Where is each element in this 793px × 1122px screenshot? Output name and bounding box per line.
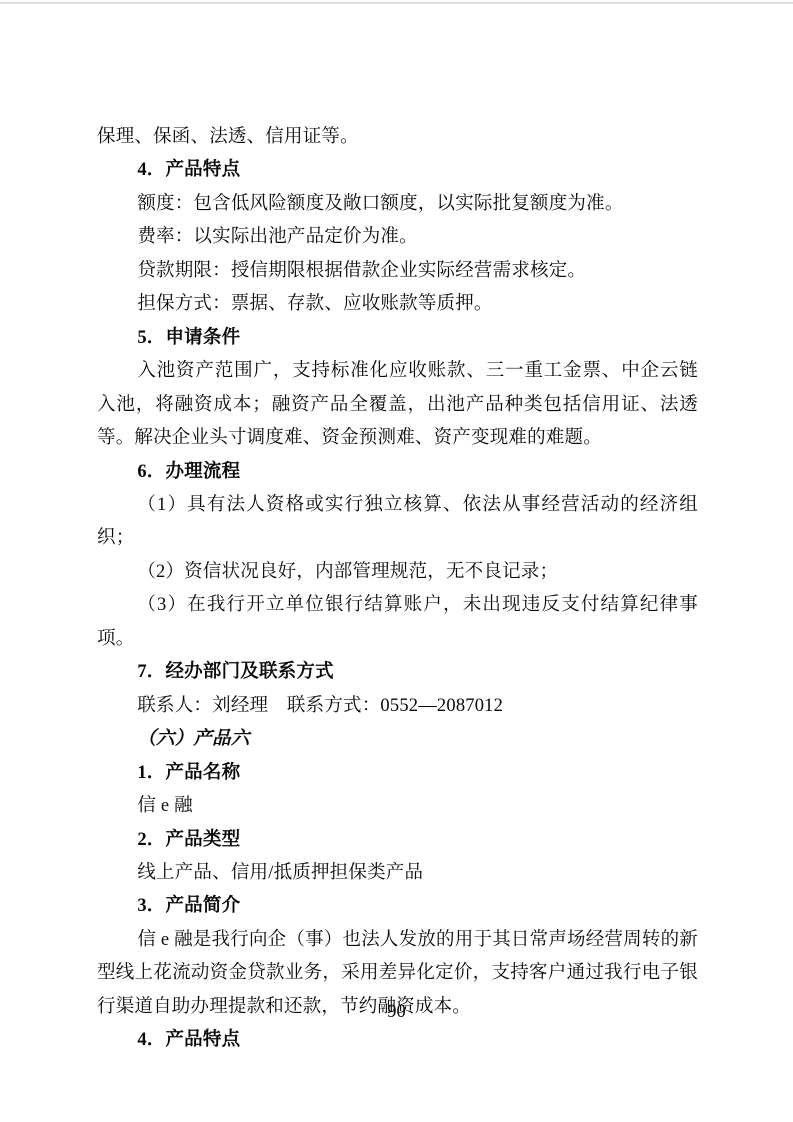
flow-item-1: （1）具有法人资格或实行独立核算、依法从事经营活动的经济组织；: [97, 489, 698, 556]
heading-product-name: 1．产品名称: [97, 757, 698, 790]
document-page: 保理、保函、法透、信用证等。 4．产品特点 额度：包含低风险额度及敞口额度，以实…: [0, 0, 793, 1122]
heading-product-type: 2．产品类型: [97, 824, 698, 857]
contact-info: 联系人：刘经理 联系方式：0552—2087012: [97, 690, 698, 723]
section-heading-product-six: （六）产品六: [97, 723, 698, 756]
heading-product-intro: 3．产品简介: [97, 890, 698, 923]
line-quota: 额度：包含低风险额度及敞口额度，以实际批复额度为准。: [97, 188, 698, 221]
line-guarantee-method: 担保方式：票据、存款、应收账款等质押。: [97, 288, 698, 321]
line-loan-term: 贷款期限：授信期限根据借款企业实际经营需求核定。: [97, 255, 698, 288]
text-column: 保理、保函、法透、信用证等。 4．产品特点 额度：包含低风险额度及敞口额度，以实…: [97, 121, 698, 1058]
page-number: 90: [0, 1000, 793, 1024]
page-top-edge: [0, 2, 793, 4]
line-rate: 费率：以实际出池产品定价为准。: [97, 221, 698, 254]
heading-product-features-6: 4．产品特点: [97, 1024, 698, 1057]
paragraph-application-conditions: 入池资产范围广，支持标准化应收账款、三一重工金票、中企云链入池，将融资成本；融资…: [97, 355, 698, 455]
paragraph-continuation: 保理、保函、法透、信用证等。: [97, 121, 698, 154]
heading-department-contact: 7．经办部门及联系方式: [97, 656, 698, 689]
product-name: 信 e 融: [97, 790, 698, 823]
heading-product-features-5: 4．产品特点: [97, 154, 698, 187]
flow-item-2: （2）资信状况良好，内部管理规范，无不良记录；: [97, 556, 698, 589]
heading-application-conditions: 5．申请条件: [97, 322, 698, 355]
flow-item-3: （3）在我行开立单位银行结算账户，未出现违反支付结算纪律事项。: [97, 589, 698, 656]
heading-processing-flow: 6．办理流程: [97, 456, 698, 489]
product-type: 线上产品、信用/抵质押担保类产品: [97, 857, 698, 890]
